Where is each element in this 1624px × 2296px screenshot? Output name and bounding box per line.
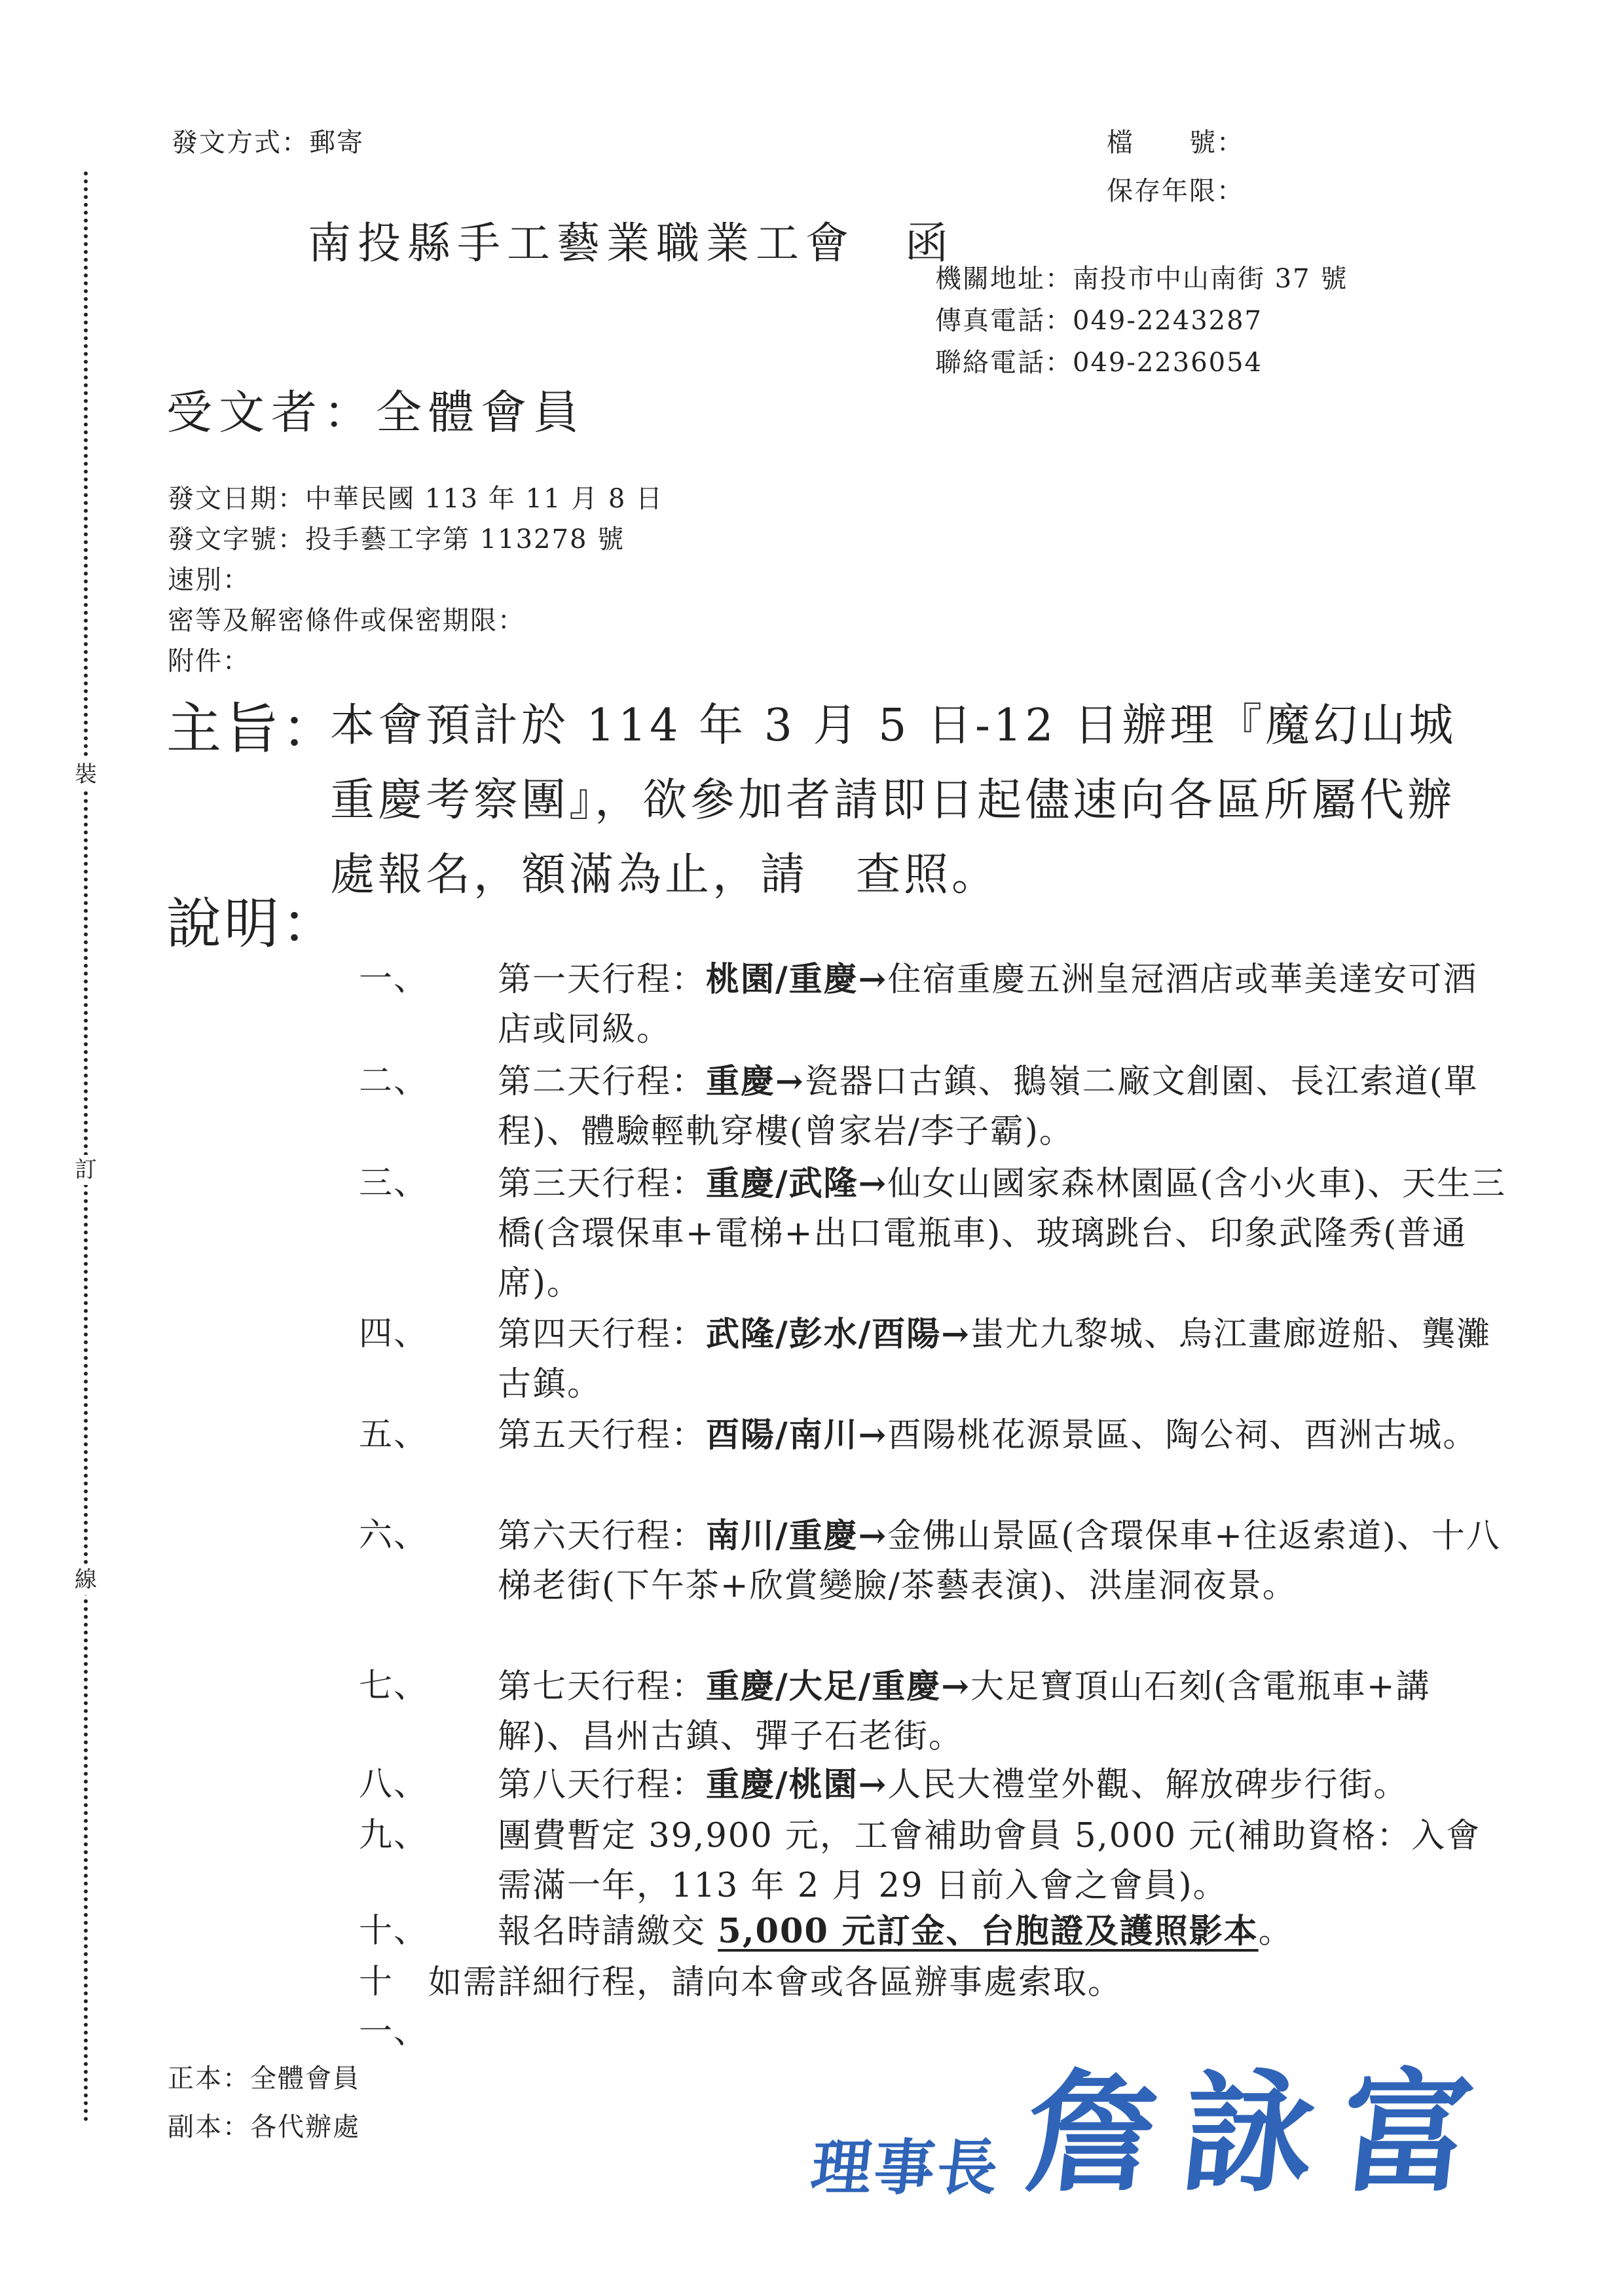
doc-date: 發文日期：中華民國 113 年 11 月 8 日 xyxy=(168,478,663,520)
explanation-item-8: 八、 第八天行程：重慶/桃園→人民大禮堂外觀、解放碑步行街。 xyxy=(359,1760,1511,1810)
explanation-item-10: 十、 報名時請繳交 5,000 元訂金、台胞證及護照影本。 xyxy=(359,1906,1511,1957)
item-text: 第八天行程：重慶/桃園→人民大禮堂外觀、解放碑步行街。 xyxy=(498,1760,1511,1810)
item-text: 第一天行程：桃園/重慶→住宿重慶五洲皇冠酒店或華美達安可酒店或同級。 xyxy=(498,955,1511,1055)
copy-original: 正本：全體會員 xyxy=(168,2054,360,2103)
signature-title: 理事長 xyxy=(807,2120,1005,2206)
explanation-label: 說明： xyxy=(166,880,339,959)
item-text: 第七天行程：重慶/大足/重慶→大足寶頂山石刻(含電瓶車+講解)、昌州古鎮、彈子石… xyxy=(498,1662,1511,1762)
signature-name: 詹詠富 xyxy=(1019,2062,1505,2206)
item-number: 十一、 xyxy=(359,1958,428,2057)
explanation-item-4: 四、 第四天行程：武隆/彭水/酉陽→蚩尤九黎城、烏江畫廊遊船、龔灘古鎮。 xyxy=(359,1309,1511,1410)
explanation-item-2: 二、 第二天行程：重慶→瓷器口古鎮、鵝嶺二廠文創園、長江索道(單程)、體驗輕軌穿… xyxy=(359,1057,1511,1157)
item-text: 第四天行程：武隆/彭水/酉陽→蚩尤九黎城、烏江畫廊遊船、龔灘古鎮。 xyxy=(498,1309,1511,1410)
doc-number: 發文字號：投手藝工字第 113278 號 xyxy=(168,519,625,560)
item-number: 五、 xyxy=(359,1410,498,1461)
org-title: 南投縣手工藝業職業工會 函 xyxy=(308,208,955,270)
item-number: 三、 xyxy=(359,1159,498,1309)
item-number: 十、 xyxy=(359,1906,498,1957)
deposit-requirement: 5,000 元訂金、台胞證及護照影本 xyxy=(718,1912,1258,1951)
binding-char-xian: 線 xyxy=(68,1565,103,1595)
item-text: 第六天行程：南川/重慶→金佛山景區(含環保車+往返索道)、十八梯老街(下午茶+欣… xyxy=(498,1511,1511,1611)
subject-text: 本會預計於 114 年 3 月 5 日-12 日辦理『魔幻山城重慶考察團』，欲參… xyxy=(330,689,1496,913)
explanation-item-9: 九、 團費暫定 39,900 元，工會補助會員 5,000 元(補助資格：入會需… xyxy=(359,1811,1511,1911)
org-address: 機關地址：南投市中山南街 37 號 xyxy=(935,258,1348,300)
retention-label: 保存年限： xyxy=(1107,170,1244,212)
file-number-label: 檔 號： xyxy=(1107,122,1244,164)
binding-char-ding: 訂 xyxy=(68,1155,103,1185)
item-number: 六、 xyxy=(359,1511,498,1611)
explanation-item-6: 六、 第六天行程：南川/重慶→金佛山景區(含環保車+往返索道)、十八梯老街(下午… xyxy=(359,1511,1511,1611)
subject-label: 主旨： xyxy=(166,685,339,764)
doc-speed: 速別： xyxy=(168,559,250,601)
binding-char-zhuang: 裝 xyxy=(68,759,103,790)
item-text: 團費暫定 39,900 元，工會補助會員 5,000 元(補助資格：入會需滿一年… xyxy=(498,1811,1511,1911)
item-number: 九、 xyxy=(359,1811,498,1911)
explanation-item-5: 五、 第五天行程：酉陽/南川→酉陽桃花源景區、陶公祠、酉洲古城。 xyxy=(359,1410,1511,1461)
send-method: 發文方式：郵寄 xyxy=(172,122,364,164)
item-number: 一、 xyxy=(359,955,498,1055)
item-text: 第二天行程：重慶→瓷器口古鎮、鵝嶺二廠文創園、長江索道(單程)、體驗輕軌穿樓(曾… xyxy=(498,1057,1511,1157)
item-number: 二、 xyxy=(359,1057,498,1157)
item-text: 報名時請繳交 5,000 元訂金、台胞證及護照影本。 xyxy=(498,1906,1511,1957)
explanation-item-7: 七、 第七天行程：重慶/大足/重慶→大足寶頂山石刻(含電瓶車+講解)、昌州古鎮、… xyxy=(359,1662,1511,1762)
recipient: 受文者：全體會員 xyxy=(166,376,585,442)
item-text: 如需詳細行程，請向本會或各區辦事處索取。 xyxy=(428,1958,1511,2057)
org-fax: 傳真電話：049-2243287 xyxy=(935,300,1263,342)
doc-attachment: 附件： xyxy=(168,640,250,682)
subject-body: 本會預計於 114 年 3 月 5 日-12 日辦理『魔幻山城重慶考察團』，欲參… xyxy=(330,689,1469,913)
item-number: 四、 xyxy=(359,1309,498,1410)
org-phone: 聯絡電話：049-2236054 xyxy=(935,342,1263,384)
explanation-item-3: 三、 第三天行程：重慶/武隆→仙女山國家森林園區(含小火車)、天生三橋(含環保車… xyxy=(359,1159,1511,1309)
explanation-item-1: 一、 第一天行程：桃園/重慶→住宿重慶五洲皇冠酒店或華美達安可酒店或同級。 xyxy=(359,955,1511,1055)
item-text: 第五天行程：酉陽/南川→酉陽桃花源景區、陶公祠、酉洲古城。 xyxy=(498,1410,1511,1461)
explanation-item-11: 十一、 如需詳細行程，請向本會或各區辦事處索取。 xyxy=(359,1958,1511,2057)
item-text: 第三天行程：重慶/武隆→仙女山國家森林園區(含小火車)、天生三橋(含環保車+電梯… xyxy=(498,1159,1511,1309)
chairman-signature-stamp: 理事長 詹詠富 xyxy=(812,2062,1498,2206)
item-number: 七、 xyxy=(359,1662,498,1762)
copy-duplicate: 副本：各代辦處 xyxy=(168,2103,360,2151)
item-number: 八、 xyxy=(359,1760,498,1810)
doc-confidentiality: 密等及解密條件或保密期限： xyxy=(168,600,525,642)
binding-line xyxy=(84,172,88,2123)
